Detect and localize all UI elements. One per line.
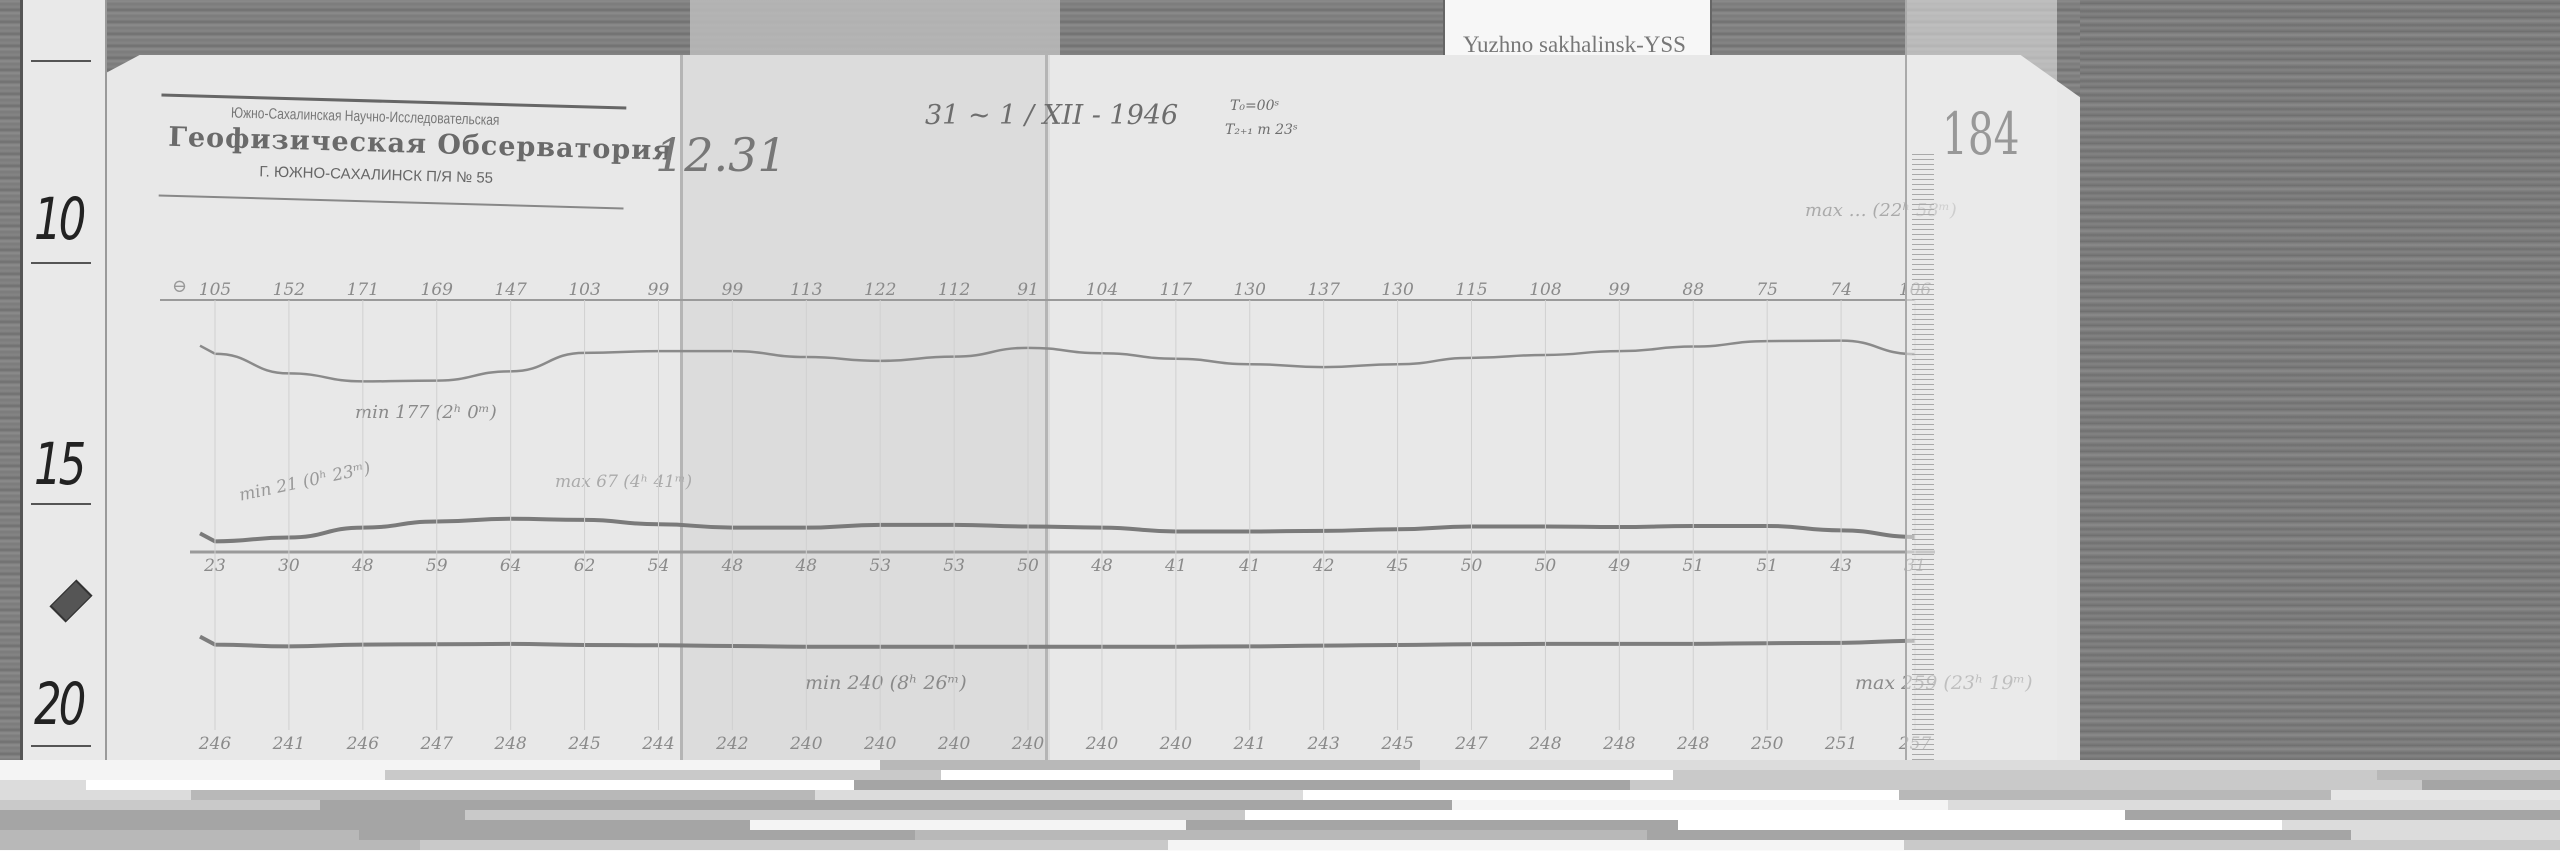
artifact-band (1452, 800, 1948, 810)
artifact-band (941, 770, 1673, 780)
artifact-band (1186, 820, 1678, 830)
artifact-band (1168, 840, 1904, 850)
artifact-band (1948, 800, 2560, 810)
artifact-band (320, 800, 824, 810)
artifact-band (2120, 760, 2560, 770)
artifact-band (0, 840, 420, 850)
artifact-band (420, 760, 880, 770)
artifact-band (2351, 830, 2560, 840)
ruler-ticks (1912, 150, 1934, 760)
artifact-band (191, 790, 815, 800)
artifact-band (2422, 780, 2560, 790)
artifact-band (385, 770, 941, 780)
artifact-band (1647, 830, 2351, 840)
trace-z-line (200, 637, 1915, 647)
artifact-band (420, 840, 1168, 850)
artifact-band (465, 810, 1245, 820)
artifact-band (0, 780, 86, 790)
artifact-band (0, 830, 359, 840)
artifact-band (750, 820, 1186, 830)
magnetogram-traces (0, 0, 2560, 760)
scan-artifact-strip (0, 760, 2560, 851)
artifact-band (1303, 790, 1899, 800)
trace-h-line (200, 519, 1915, 542)
artifact-band (1899, 790, 2331, 800)
trace-d-line (200, 341, 1915, 382)
artifact-band (1630, 780, 2422, 790)
artifact-band (1245, 810, 1665, 820)
artifact-band (1678, 820, 2282, 830)
artifact-band (0, 770, 385, 780)
artifact-band (824, 800, 1452, 810)
artifact-band (0, 760, 420, 770)
artifact-band (880, 760, 1420, 770)
artifact-band (359, 830, 915, 840)
artifact-band (1673, 770, 2377, 780)
artifact-band (0, 800, 320, 810)
artifact-band (2331, 790, 2560, 800)
artifact-band (1420, 760, 2120, 770)
artifact-band (2125, 810, 2560, 820)
artifact-band (0, 790, 191, 800)
artifact-band (86, 780, 854, 790)
artifact-band (1665, 810, 2125, 820)
artifact-band (815, 790, 1303, 800)
artifact-band (0, 810, 465, 820)
artifact-band (915, 830, 1647, 840)
artifact-band (2282, 820, 2560, 830)
artifact-band (2377, 770, 2560, 780)
artifact-band (0, 820, 750, 830)
artifact-band (1904, 840, 2560, 850)
artifact-band (854, 780, 1630, 790)
